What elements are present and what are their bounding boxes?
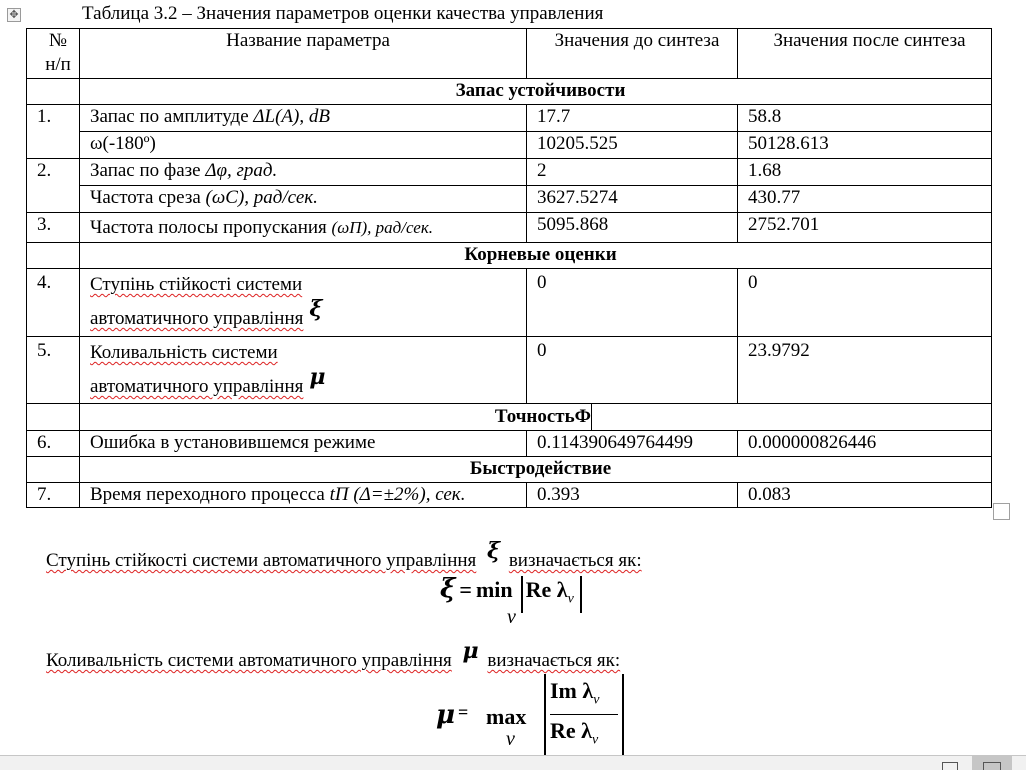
formula-mu: μ = max ν Im λν Re λν [436, 674, 646, 756]
value-after: 0 [738, 269, 992, 337]
section-root: Корневые оценки [80, 243, 992, 269]
formula-op: min [476, 577, 513, 602]
formula-xi: ξ = min ν Re λν [440, 574, 640, 634]
table-move-handle-icon[interactable]: ✥ [7, 8, 21, 22]
row-num: 1. [27, 105, 80, 159]
param-name-text: Запас по амплитуде [90, 106, 253, 127]
param-name-text: Запас по фазе [90, 160, 205, 181]
paragraph-tail: визначається як: [487, 650, 620, 671]
empty-cell [27, 404, 80, 431]
row-num: 2. [27, 159, 80, 213]
value-after: 0.000000826446 [738, 431, 992, 457]
formula-body-sub: ν [568, 591, 574, 606]
param-name: Частота среза (ωС), рад/сек. [80, 186, 527, 213]
value-before: 0 [527, 269, 738, 337]
header-before: Значения до синтеза [527, 29, 738, 79]
formula-abs: Re λν [521, 576, 582, 613]
param-name-italic: ΔL(A) [253, 106, 299, 127]
formula-op: max [486, 704, 526, 730]
value-before: 0.114390649764499 [527, 431, 738, 457]
section-speed: Быстродействие [80, 457, 992, 483]
paragraph-tail: визначається як: [509, 550, 642, 571]
section-row-speed: Быстродействие [27, 457, 992, 483]
paragraph-text: Коливальність системи автоматичного упра… [46, 650, 452, 671]
param-name: Ошибка в установившемся режиме [80, 431, 527, 457]
xi-symbol: ξ [487, 538, 500, 564]
read-mode-button[interactable] [930, 756, 970, 770]
empty-cell [27, 79, 80, 105]
formula-op-sub: ν [506, 728, 515, 751]
table-resize-handle[interactable] [993, 503, 1010, 520]
table-row: 3. Частота полосы пропускания (ωП), рад/… [27, 213, 992, 243]
print-layout-icon [983, 762, 1001, 770]
section-accuracy: ТочностьФ [80, 404, 592, 430]
paragraph-text: Ступінь стійкості системи автоматичного … [46, 550, 476, 571]
param-name-line1: Коливальність системи [90, 337, 278, 369]
row-num: 5. [27, 337, 80, 404]
table-row: 6. Ошибка в установившемся режиме 0.1143… [27, 431, 992, 457]
numerator-sub: ν [593, 692, 599, 707]
print-layout-button[interactable] [972, 756, 1012, 770]
value-before: 0.393 [527, 483, 738, 508]
table-row: 2. Запас по фазе Δφ, град. 2 1.68 [27, 159, 992, 186]
formula-body: Re λ [526, 577, 568, 602]
value-after: 1.68 [738, 159, 992, 186]
value-after: 50128.613 [738, 132, 992, 159]
param-name: Коливальність системи автоматичного упра… [80, 337, 527, 404]
param-name-line2: автоматичного управлінняμ [90, 376, 326, 397]
mu-symbol: μ [309, 364, 325, 390]
table-row: ω(-180º) 10205.525 50128.613 [27, 132, 992, 159]
param-name-italic: Δφ, град. [205, 160, 277, 181]
quality-parameters-table: № н/п Название параметра Значения до син… [26, 28, 992, 508]
value-before: 10205.525 [527, 132, 738, 159]
row-num: 3. [27, 213, 80, 243]
empty-cell [27, 243, 80, 269]
param-name-italic: (ωП), рад/сек. [332, 218, 434, 237]
formula-eq: = [458, 702, 468, 723]
mu-symbol: μ [463, 638, 479, 664]
value-before: 0 [527, 337, 738, 404]
param-name: ω(-180º) [80, 132, 527, 159]
fraction-bar [550, 714, 618, 715]
param-name-text: Частота среза [90, 187, 206, 208]
param-name-line2: автоматичного управлінняξ [90, 308, 322, 329]
header-num: № н/п [27, 29, 80, 79]
param-name: Запас по амплитуде ΔL(A), dB [80, 105, 527, 132]
formula-lhs: ξ [440, 574, 455, 604]
value-after: 430.77 [738, 186, 992, 213]
table-row: 5. Коливальність системи автоматичного у… [27, 337, 992, 404]
section-row-accuracy: ТочностьФ [27, 404, 992, 431]
formula-denominator: Re λν [550, 718, 598, 748]
section-accuracy-cell: ТочностьФ [80, 404, 992, 431]
value-before: 2 [527, 159, 738, 186]
row-num: 6. [27, 431, 80, 457]
param-name-line2-text: автоматичного управління [90, 376, 303, 397]
value-after: 0.083 [738, 483, 992, 508]
denominator-text: Re λ [550, 718, 592, 743]
header-num-line2: н/п [37, 53, 79, 77]
header-after: Значения после синтеза [738, 29, 992, 79]
param-name: Частота полосы пропускания (ωП), рад/сек… [80, 213, 527, 243]
table-row: 4. Ступінь стійкості системи автоматично… [27, 269, 992, 337]
param-name-text: Время переходного процесса [90, 484, 330, 505]
param-name-line2-text: автоматичного управління [90, 308, 303, 329]
formula-op-sub: ν [507, 606, 516, 629]
param-name-line1: Ступінь стійкості системи [90, 269, 302, 301]
param-name-text: Частота полосы пропускания [90, 217, 332, 238]
empty-cell [27, 457, 80, 483]
param-name: Ступінь стійкості системи автоматичного … [80, 269, 527, 337]
param-name-tail: , [299, 106, 309, 127]
numerator-text: Im λ [550, 678, 593, 703]
param-unit: dB [309, 106, 330, 127]
table-caption: Таблица 3.2 – Значения параметров оценки… [82, 3, 603, 25]
denominator-sub: ν [592, 732, 598, 747]
value-before: 3627.5274 [527, 186, 738, 213]
section-stability: Запас устойчивости [80, 79, 992, 105]
param-name-italic: (ωС), рад/сек. [206, 187, 318, 208]
param-name-italic: tП (Δ=±2%), сек. [330, 484, 466, 505]
table-row: 1. Запас по амплитуде ΔL(A), dB 17.7 58.… [27, 105, 992, 132]
header-name: Название параметра [80, 29, 527, 79]
row-num: 7. [27, 483, 80, 508]
status-bar [0, 755, 1026, 770]
value-before: 17.7 [527, 105, 738, 132]
paragraph-stability-degree: Ступінь стійкості системи автоматичного … [46, 546, 642, 572]
paragraph-oscillation: Коливальність системи автоматичного упра… [46, 646, 620, 672]
section-row-root: Корневые оценки [27, 243, 992, 269]
value-after: 2752.701 [738, 213, 992, 243]
value-after: 58.8 [738, 105, 992, 132]
value-before: 5095.868 [527, 213, 738, 243]
value-after: 23.9792 [738, 337, 992, 404]
table-header-row: № н/п Название параметра Значения до син… [27, 29, 992, 79]
formula-numerator: Im λν [550, 678, 599, 708]
xi-symbol: ξ [309, 296, 322, 322]
param-name: Время переходного процесса tП (Δ=±2%), с… [80, 483, 527, 508]
section-row-stability: Запас устойчивости [27, 79, 992, 105]
table-row: Частота среза (ωС), рад/сек. 3627.5274 4… [27, 186, 992, 213]
formula-abs: Im λν Re λν [544, 674, 624, 756]
row-num: 4. [27, 269, 80, 337]
formula-eq: = [459, 577, 472, 602]
formula-lhs: μ [436, 700, 455, 730]
header-num-line1: № [37, 29, 79, 53]
param-name: Запас по фазе Δφ, град. [80, 159, 527, 186]
table-row: 7. Время переходного процесса tП (Δ=±2%)… [27, 483, 992, 508]
read-mode-icon [942, 762, 958, 770]
